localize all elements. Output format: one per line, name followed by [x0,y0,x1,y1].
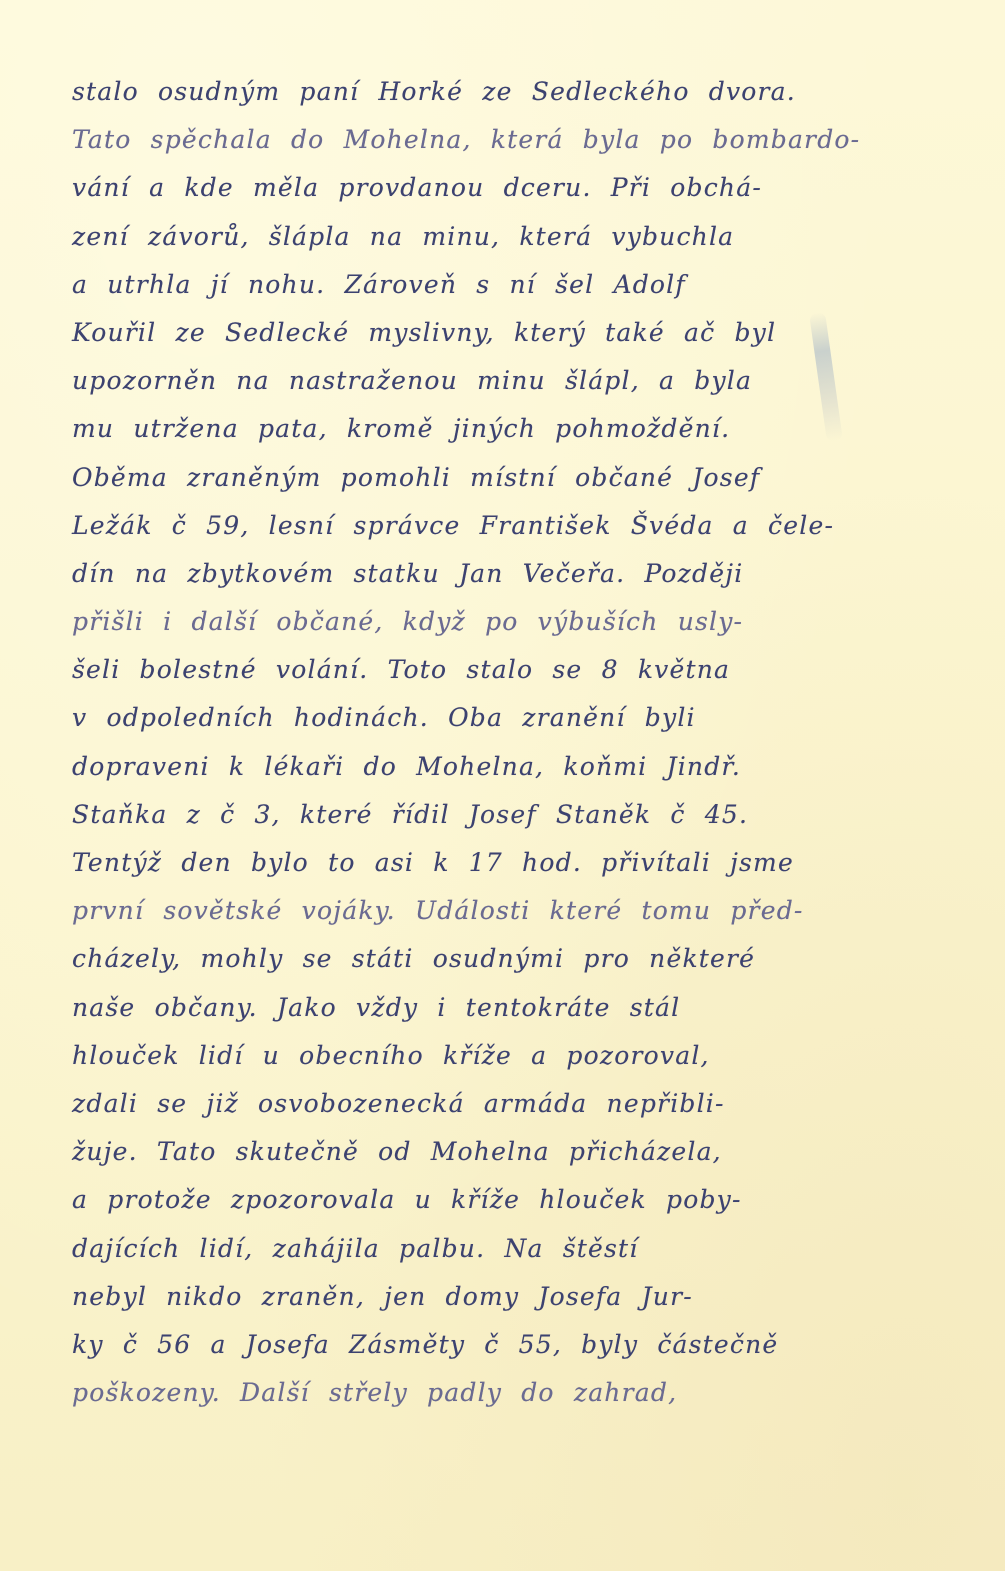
text-line: ky č 56 a Josefa Zásměty č 55, byly část… [72,1321,932,1369]
text-line: zení závorů, šlápla na minu, která vybuc… [72,213,932,261]
text-line: Tato spěchala do Mohelna, která byla po … [72,116,932,164]
text-line: a utrhla jí nohu. Zároveň s ní šel Adolf [72,261,932,309]
text-line: vání a kde měla provdanou dceru. Při obc… [72,164,932,212]
text-line: přišli i další občané, když po výbuších … [72,598,932,646]
text-line: upozorněn na nastraženou minu šlápl, a b… [72,357,932,405]
text-line: dín na zbytkovém statku Jan Večeřa. Pozd… [72,550,932,598]
text-line: dajících lidí, zahájila palbu. Na štěstí [72,1225,932,1273]
text-line: mu utržena pata, kromě jiných pohmoždění… [72,405,932,453]
text-line: cházely, mohly se státi osudnými pro něk… [72,935,932,983]
handwritten-text: stalo osudným paní Horké ze Sedleckého d… [72,68,932,1417]
text-line: Tentýž den bylo to asi k 17 hod. přivíta… [72,839,932,887]
text-line: a protože zpozorovala u kříže hlouček po… [72,1176,932,1224]
text-line: poškozeny. Další střely padly do zahrad, [72,1369,932,1417]
text-line: šeli bolestné volání. Toto stalo se 8 kv… [72,646,932,694]
text-line: naše občany. Jako vždy i tentokráte stál [72,984,932,1032]
text-line: Staňka z č 3, které řídil Josef Staněk č… [72,791,932,839]
text-line: první sovětské vojáky. Události které to… [72,887,932,935]
text-line: Ležák č 59, lesní správce František Švéd… [72,502,932,550]
text-line: Oběma zraněným pomohli místní občané Jos… [72,454,932,502]
text-line: nebyl nikdo zraněn, jen domy Josefa Jur- [72,1273,932,1321]
chronicle-page: stalo osudným paní Horké ze Sedleckého d… [0,0,1005,1571]
text-line: zdali se již osvobozenecká armáda nepřib… [72,1080,932,1128]
text-line: Kouřil ze Sedlecké myslivny, který také … [72,309,932,357]
text-line: v odpoledních hodinách. Oba zranění byli [72,694,932,742]
text-line: hlouček lidí u obecního kříže a pozorova… [72,1032,932,1080]
text-line: žuje. Tato skutečně od Mohelna přicházel… [72,1128,932,1176]
text-line: stalo osudným paní Horké ze Sedleckého d… [72,68,932,116]
text-line: dopraveni k lékaři do Mohelna, koňmi Jin… [72,743,932,791]
